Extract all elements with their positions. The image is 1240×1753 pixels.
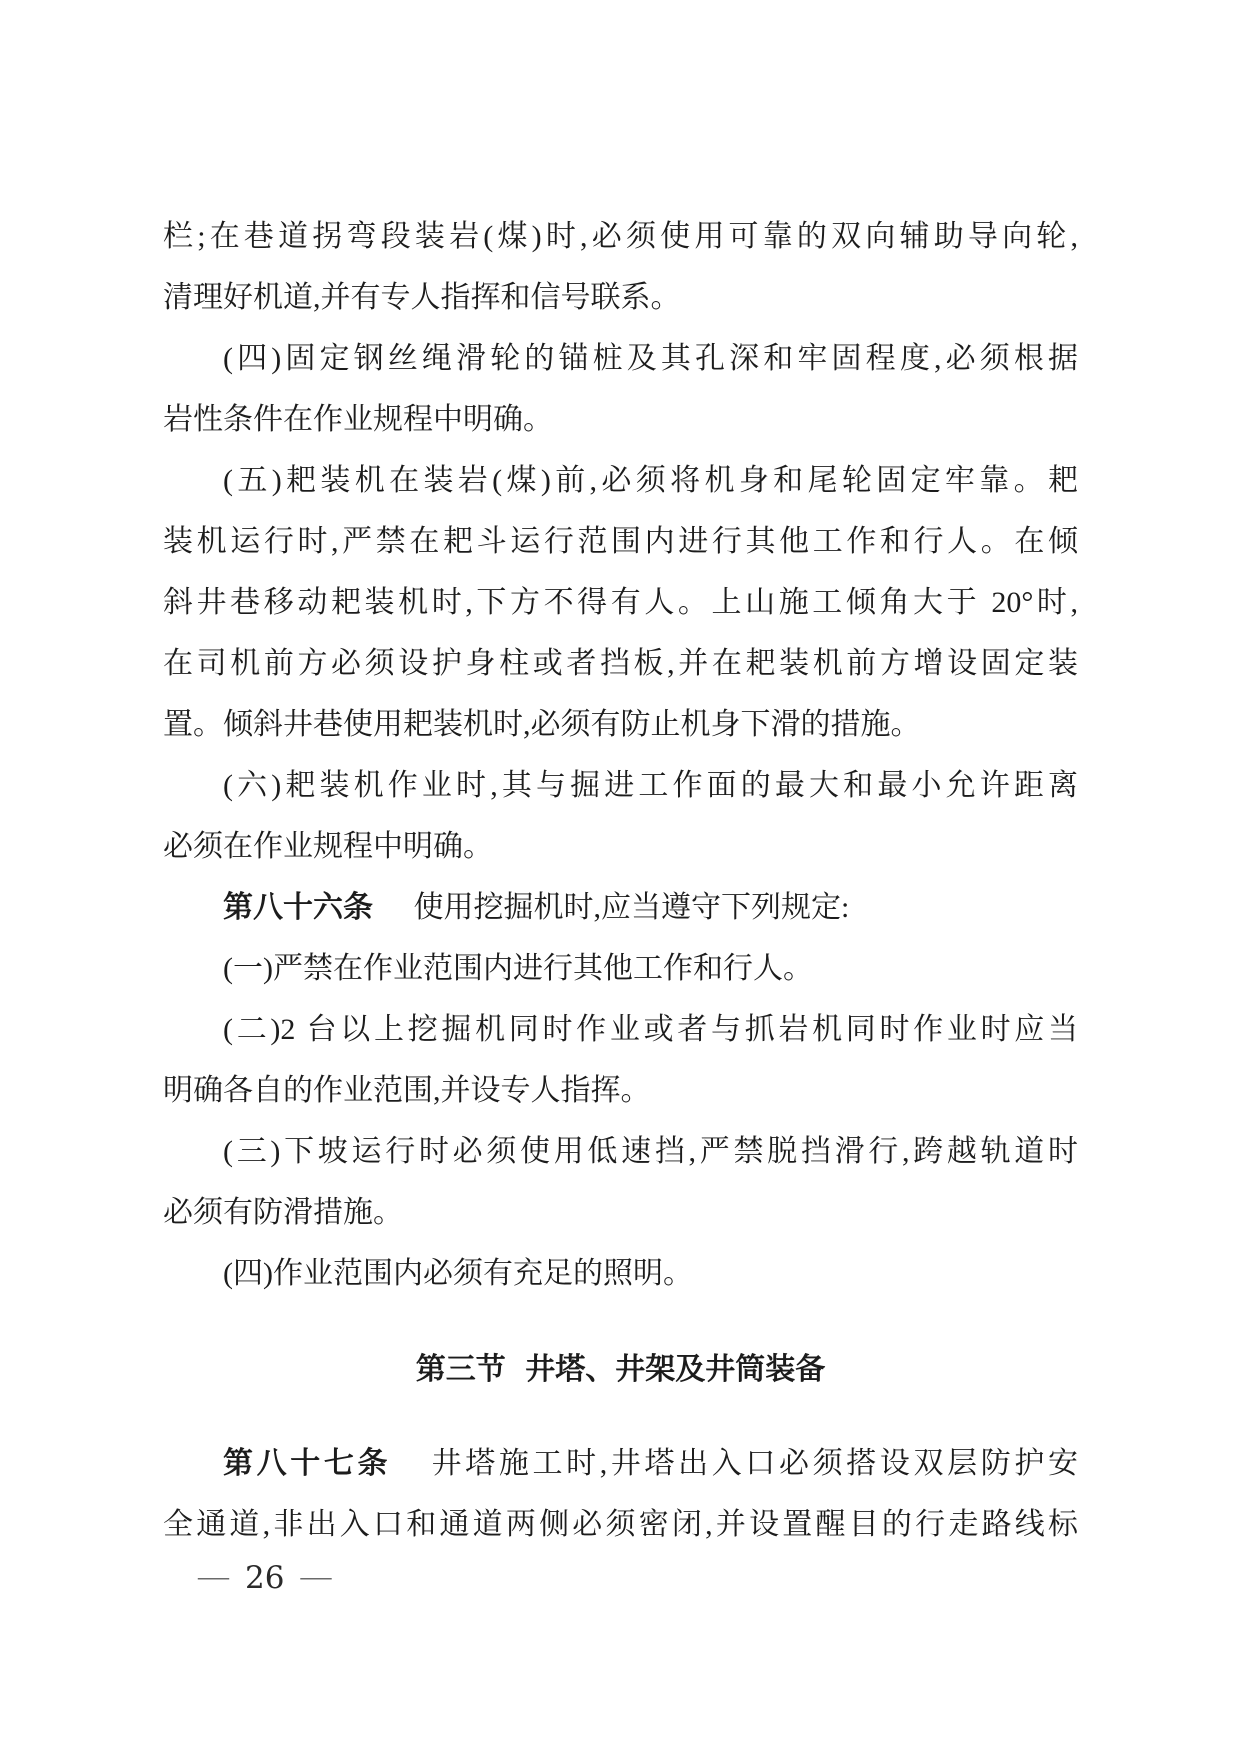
text-line: (六)耙装机作业时,其与掘进工作面的最大和最小允许距离: [163, 755, 1078, 816]
text-line: (三)下坡运行时必须使用低速挡,严禁脱挡滑行,跨越轨道时: [163, 1121, 1078, 1182]
text-line: (四)作业范围内必须有充足的照明。: [163, 1243, 1078, 1304]
text-line: 栏;在巷道拐弯段装岩(煤)时,必须使用可靠的双向辅助导向轮,: [163, 206, 1078, 267]
article-number: 第八十六条: [223, 891, 373, 924]
text-line: (四)固定钢丝绳滑轮的锚桩及其孔深和牢固程度,必须根据: [163, 328, 1078, 389]
document-page: 栏;在巷道拐弯段装岩(煤)时,必须使用可靠的双向辅助导向轮, 清理好机道,并有专…: [0, 0, 1240, 1753]
footer-dash-left: —: [198, 1558, 229, 1593]
text-line: 明确各自的作业范围,并设专人指挥。: [163, 1060, 1078, 1121]
text-line: 岩性条件在作业规程中明确。: [163, 389, 1078, 450]
text-line: 置。倾斜井巷使用耙装机时,必须有防止机身下滑的措施。: [163, 694, 1078, 755]
text-line: 在司机前方必须设护身柱或者挡板,并在耙装机前方增设固定装: [163, 633, 1078, 694]
page-footer: —26—: [190, 1556, 339, 1600]
text-line: 必须在作业规程中明确。: [163, 816, 1078, 877]
text-line: (五)耙装机在装岩(煤)前,必须将机身和尾轮固定牢靠。耙: [163, 450, 1078, 511]
text-line: 必须有防滑措施。: [163, 1182, 1078, 1243]
article-text: 井塔施工时,井塔出入口必须搭设双层防护安: [432, 1447, 1078, 1480]
footer-dash-right: —: [300, 1558, 331, 1593]
section-number: 第三节: [416, 1353, 506, 1386]
text-line: 全通道,非出入口和通道两侧必须密闭,并设置醒目的行走路线标: [163, 1494, 1078, 1555]
article-text: 使用挖掘机时,应当遵守下列规定:: [414, 891, 850, 924]
text-line: 装机运行时,严禁在耙斗运行范围内进行其他工作和行人。在倾: [163, 511, 1078, 572]
article-86-opening-line: 第八十六条使用挖掘机时,应当遵守下列规定:: [163, 877, 1078, 938]
article-87-opening-line: 第八十七条井塔施工时,井塔出入口必须搭设双层防护安: [163, 1433, 1078, 1494]
page-number: 26: [245, 1560, 284, 1596]
article-number: 第八十七条: [223, 1447, 391, 1480]
text-content: 栏;在巷道拐弯段装岩(煤)时,必须使用可靠的双向辅助导向轮, 清理好机道,并有专…: [163, 206, 1078, 1555]
text-line: 清理好机道,并有专人指挥和信号联系。: [163, 267, 1078, 328]
text-line: (一)严禁在作业范围内进行其他工作和行人。: [163, 938, 1078, 999]
text-line: (二)2 台以上挖掘机同时作业或者与抓岩机同时作业时应当: [163, 999, 1078, 1060]
section-title: 井塔、井架及井筒装备: [525, 1353, 825, 1386]
section-heading: 第三节井塔、井架及井筒装备: [163, 1339, 1078, 1400]
text-line: 斜井巷移动耙装机时,下方不得有人。上山施工倾角大于 20°时,: [163, 572, 1078, 633]
